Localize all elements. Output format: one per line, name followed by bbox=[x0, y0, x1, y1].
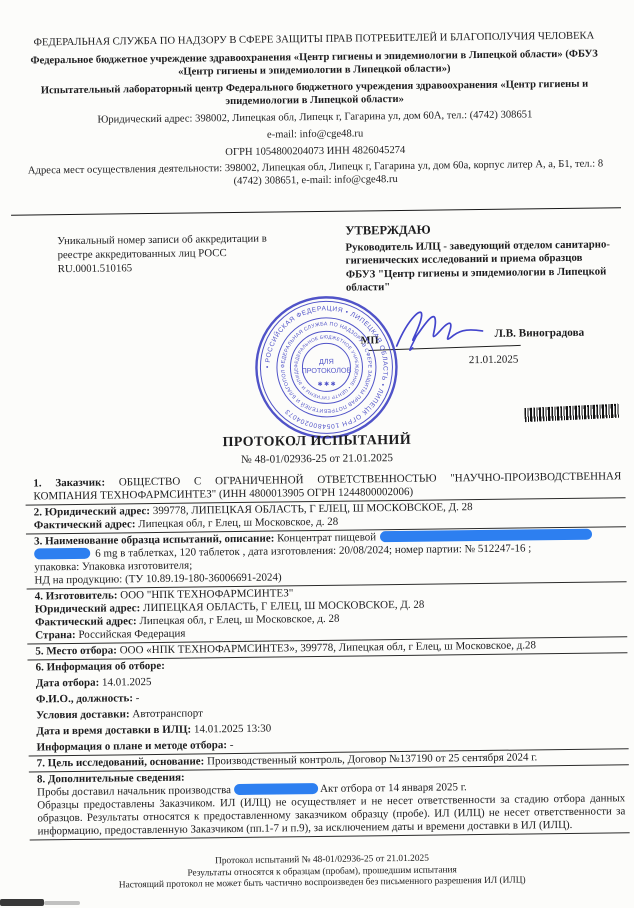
field-sampling-act: Акт отбора от 14 января 2025 г. bbox=[320, 781, 467, 795]
field-purpose-label: 7. Цель исследований, основание: bbox=[37, 755, 205, 769]
letterhead: ФЕДЕРАЛЬНАЯ СЛУЖБА ПО НАДЗОРУ В СФЕРЕ ЗА… bbox=[13, 26, 617, 191]
disclaimer-paragraph: Образцы предоставлены Заказчиком. ИЛ (ИЛ… bbox=[29, 792, 629, 840]
field-sampling-date-label: Дата отбора: bbox=[36, 677, 100, 690]
field-sampling-date-value: 14.01.2025 bbox=[102, 676, 152, 689]
header-divider bbox=[11, 207, 621, 215]
field-country-value: Российская Федерация bbox=[78, 628, 185, 641]
approval-body: Руководитель ИЛЦ - заведующий отделом са… bbox=[345, 238, 612, 296]
activity-addresses: Адреса мест осуществления деятельности: … bbox=[14, 159, 616, 192]
laboratory-name: Испытательный лабораторный центр Федерал… bbox=[13, 79, 615, 112]
field-delivery-conditions-label: Условия доставки: bbox=[36, 708, 130, 721]
field-sampling-place-label: 5. Место отбора: bbox=[35, 644, 117, 657]
field-actual-address-label: Фактический адрес: bbox=[34, 518, 136, 531]
field-country-label: Страна: bbox=[35, 629, 76, 641]
protocol-document-page: ФЕДЕРАЛЬНАЯ СЛУЖБА ПО НАДЗОРУ В СФЕРЕ ЗА… bbox=[0, 0, 634, 908]
field-fio-position-value: - bbox=[136, 692, 140, 704]
accreditation-number: Уникальный номер записи об аккредитации … bbox=[57, 231, 295, 276]
field-manufacturer-actual-address-label: Фактический адрес: bbox=[35, 615, 137, 628]
page-footer: Протокол испытаний № 48-01/02936-25 от 2… bbox=[5, 851, 634, 894]
barcode bbox=[524, 404, 620, 422]
field-actual-address-value: Липецкая обл, г Елец, ш Московское, д. 2… bbox=[138, 516, 338, 530]
field-customer-label: 1. Заказчик: bbox=[33, 477, 105, 490]
stamp-stars: ✱ ✱ ✱ bbox=[318, 381, 336, 388]
field-delivery-datetime-label: Дата и время доставки в ИЛЦ: bbox=[36, 724, 191, 738]
field-manufacturer-value: ООО "НПК ТЕХНОФАРМСИНТЕЗ" bbox=[120, 587, 293, 601]
field-legal-address-label: 2. Юридический адрес: bbox=[34, 505, 150, 518]
scan-artifact bbox=[44, 901, 80, 905]
agency-name: ФЕДЕРАЛЬНАЯ СЛУЖБА ПО НАДЗОРУ В СФЕРЕ ЗА… bbox=[13, 30, 615, 50]
scan-artifact bbox=[0, 899, 44, 906]
signer-name: Л.В. Виноградова bbox=[494, 327, 584, 340]
redaction-box bbox=[380, 529, 592, 543]
field-legal-address-value: 399778, ЛИПЕЦКАЯ ОБЛАСТЬ, Г ЕЛЕЦ, Ш МОСК… bbox=[153, 501, 473, 517]
document-body: 1. Заказчик: ОБЩЕСТВО С ОГРАНИЧЕННОЙ ОТВ… bbox=[33, 470, 625, 841]
redaction-box bbox=[34, 548, 90, 560]
field-sampling-info-header-label: 6. Информация об отборе: bbox=[36, 660, 165, 674]
approval-block: УТВЕРЖДАЮ Руководитель ИЛЦ - заведующий … bbox=[345, 221, 612, 295]
field-manufacturer-legal-address-value: ЛИПЕЦКАЯ ОБЛАСТЬ, Г ЕЛЕЦ, Ш МОСКОВСКОЕ, … bbox=[143, 599, 424, 614]
field-sample-delivered-by-text: Пробы доставил начальник производства bbox=[37, 784, 231, 798]
field-delivery-conditions-value: Автотранспорт bbox=[132, 707, 203, 720]
field-delivery-datetime-value: 14.01.2025 13:30 bbox=[194, 723, 271, 736]
approval-title: УТВЕРЖДАЮ bbox=[345, 221, 611, 238]
field-manufacturer-legal-address-label: Юридический адрес: bbox=[35, 602, 140, 615]
field-manufacturer-label: 4. Изготовитель: bbox=[35, 589, 118, 602]
round-stamp: • РОССИЙСКАЯ ФЕДЕРАЦИЯ • ЛИПЕЦКАЯ ОБЛАСТ… bbox=[252, 293, 401, 442]
stamp-center-line1: ДЛЯ bbox=[319, 357, 334, 366]
redaction-box bbox=[234, 783, 318, 795]
field-manufacturer-actual-address-value: Липецкая обл, г Елец, ш Московское, д. 2… bbox=[139, 613, 339, 627]
stamp-center-line2: ПРОТОКОЛОВ bbox=[302, 366, 352, 376]
signature-ink bbox=[386, 301, 497, 360]
document-title-block: ПРОТОКОЛ ИСПЫТАНИЙ № 48-01/02936-25 от 2… bbox=[0, 430, 634, 469]
field-sample-name-value: Концентрат пищевой bbox=[277, 531, 376, 544]
scanned-content: ФЕДЕРАЛЬНАЯ СЛУЖБА ПО НАДЗОРУ В СФЕРЕ ЗА… bbox=[0, 0, 634, 908]
field-fio-position-label: Ф.И.О., должность: bbox=[36, 692, 133, 705]
approval-date: 21.01.2025 bbox=[469, 354, 519, 367]
field-sampling-plan-label: Информация о плане и методе отбора: bbox=[36, 739, 227, 753]
field-additional-info-header-label: 8. Дополнительные сведения: bbox=[37, 772, 185, 786]
disclaimer-text: Образцы предоставлены Заказчиком. ИЛ (ИЛ… bbox=[37, 792, 625, 837]
field-nd-product-value: НД на продукцию: (ТУ 10.89.19-180-360066… bbox=[34, 571, 281, 586]
field-packaging-value: упаковка: Упаковка изготовителя; bbox=[34, 560, 192, 574]
institution-name: Федеральное бюджетное учреждение здравоо… bbox=[13, 48, 615, 81]
field-sampling-plan-value: - bbox=[230, 739, 234, 751]
